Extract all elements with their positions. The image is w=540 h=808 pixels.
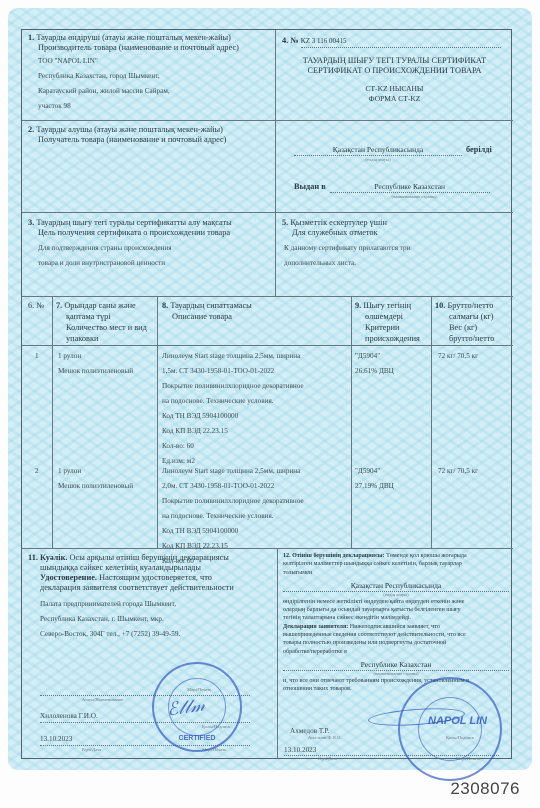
header-line: Вес (кг) [435,322,494,333]
header-weight: 10. Брутто/нетто салмағы (кг) Вес (кг) б… [435,300,494,344]
caption-country: (елдің атауы) [294,157,462,163]
declaration-ru-heading: Декларация заявителя: [283,624,348,630]
box-number: 5. [282,218,288,227]
description-line: Код ТН ВЭД 5904100000 [162,409,304,424]
certificate-title-ru: СЕРТИФИКАТ О ПРОИСХОЖДЕНИИ ТОВАРА [276,65,513,76]
service-note-line: К данному сертификату прилагаются три [284,241,410,256]
box-title-ru: Получатель товара (наименование и почтов… [38,134,226,145]
row-number: 2 [35,464,39,479]
description-line: на подоснове. Технические условия. [162,509,304,524]
col-number: 9. [355,301,361,310]
box-title-kz: Тауардың шығу тегі туралы сертификатты а… [36,218,231,227]
header-line: Шығу тегінің [363,301,411,310]
header-line: Количество мест и вид [56,322,147,333]
declaration-country-ru: Республике Казахстан [283,660,509,671]
header-line: Тауардың сипаттамасы [170,301,251,310]
issued-ru-row: Выдан в Республике Казахстан (наименован… [294,176,509,200]
chamber-line: Палата предпринимателей города Шымкент, [40,597,180,612]
producer-address: ТОО "NAPOL LIN" Республика Казахстан, го… [38,54,170,114]
number-label: 4. № [282,36,299,45]
purpose-line: Для подтверждения страны происхождения [38,241,172,256]
criteria-line: 26,61% ДВЦ [355,364,394,379]
header-line: упаковки [56,333,147,344]
box-purpose: 3. Тауардың шығу тегі туралы сертификатт… [22,213,276,297]
header-line: қаптама түрі [56,311,147,322]
criteria-line: "Д5904" [355,349,394,364]
issued-country-ru: Республике Казахстан [330,181,490,193]
col-number: 8. [162,301,168,310]
box-title-kz: Қызметтік ескертулер үшін [290,218,387,227]
header-line: происхождения [355,333,420,344]
header-line: салмағы (кг) [435,311,494,322]
col-number: 10. [435,301,445,310]
description-line: 1,5м. СТ 3430-1958-01-ТОО-01-2022 [162,364,304,379]
certification-kz-heading: Куәлік. [40,553,67,562]
header-line: Орындар саны және [64,301,135,310]
box-issued-in: Қазақстан Республикасында берілді (елдің… [276,121,513,213]
declaration-kz-text: келтірілген мәліметтер шындыққа сәйкес к… [283,560,509,568]
declaration-country-kz: Қазақстан Республикасында [283,581,509,592]
declaration-kz-text: толығымен [283,569,509,577]
caption-name: Атауы/Наименование [82,697,123,703]
declaration-kz-text: тегінің талаптарына сәйкес екендігін мәл… [283,614,509,622]
chamber-line: Северо-Восток, 304Г тел., +7 (7252) 39-4… [40,627,180,642]
box-number: 12. [283,553,291,559]
box-number: 11. [28,553,38,562]
box-producer: 1. Тауарды өндіруші (атауы және пошталық… [22,30,276,121]
description-line: Линолеум Start stage толщина 2,5мм, шири… [162,349,304,364]
box-certificate-number: 4. № KZ 3 116 00415 ТАУАРДЫҢ ШЫҒУ ТЕГІ Т… [276,30,513,121]
goods-table: 6. № 7. Орындар саны және қаптама түрі К… [22,297,513,549]
declaration-kz-text: өндірілгенін немесе жеткілікті өңдеуден/… [283,598,509,606]
header-number: 6. № [28,300,44,311]
description-line: Код КП ВЭД 22.23.15 [162,424,304,439]
box-number: 1. [28,33,34,42]
package-line: 1 рулон [58,464,133,479]
header-line: брутто/нетто [435,333,494,344]
form-ru: ФОРМА СТ-KZ [276,93,513,104]
caption-country: (наименование страны) [334,194,494,200]
purpose-line: товара и доли внутристрановой ценности [38,256,172,271]
producer-address-line: Республика Казахстан, город Шымкент, [38,69,170,84]
caption-date: Күні/Дата [82,747,101,753]
description-line: Покрытие поливинилхлоридное декоративное [162,379,304,394]
certificate-number: KZ 3 116 00415 [301,36,501,48]
box-title-kz: Тауарды алушы (атауы және пошталық мекен… [36,125,223,134]
box-title-ru: Для служебных отметок [292,227,378,238]
producer-name: ТОО "NAPOL LIN" [38,54,170,69]
certification-ru-text: декларация заявителя соответствует дейст… [40,582,234,593]
declaration-kz-heading: Өтініш берушінің декларациясы: [292,553,384,559]
declaration-kz-text: Төменде қол қоюшы жоғарыда [386,553,467,559]
box-number: 2. [28,125,34,134]
box-title-kz: Тауарды өндіруші (атауы және пошталық ме… [36,33,231,42]
row-number: 1 [35,349,39,364]
description-line: Код ТН ВЭД 5904100000 [162,524,304,539]
certification-kz-text: Осы арқылы өтініш берушінің декларациясы [70,553,229,562]
declaration-ru-text: товары полностью произведены или подверг… [283,639,509,647]
description-line: Линолеум Start stage толщина 2,5мм, шири… [162,464,304,479]
declaration-ru-text: Нижеподписавшийся заявляет, что [350,624,440,630]
header-line: Брутто/нетто [447,301,493,310]
stamp-text: CERTIFIED [154,735,240,742]
header-line: Описание товара [162,311,252,322]
producer-address-line: Каратауский район, жилой массив Сайрам, [38,84,170,99]
box-applicant-declaration: 12. Өтініш берушінің декларациясы: Төмен… [278,549,513,759]
box-consignee: 2. Тауарды алушы (атауы және пошталық ме… [22,121,276,213]
certificate-frame: 1. Тауарды өндіруші (атауы және пошталық… [21,29,512,759]
criteria-line: 27,19% ДВЦ [355,479,394,494]
box-title-ru: Производитель товара (наименование и поч… [38,42,239,53]
certification-ru-text: Настоящим удостоверяется, что [99,573,212,582]
package-line: 1 рулон [58,349,133,364]
description-line: 2,0м. СТ 3430-1958-01-ТОО-01-2022 [162,479,304,494]
package-line: Мешок полиэтиленовый [58,479,133,494]
description-line: Покрытие поливинилхлоридное декоративное [162,494,304,509]
declaration-ru-text: вышеприведенные сведения соответствуют д… [283,631,509,639]
issued-label-kz: берілді [466,145,492,154]
header-line: өлшемдері [355,311,420,322]
package-line: Мешок полиэтиленовый [58,364,133,379]
header-packages: 7. Орындар саны және қаптама түрі Количе… [56,300,147,344]
header-criteria: 9. Шығу тегінің өлшемдері Критерии проис… [355,300,420,344]
producer-address-line: участок 98 [38,99,170,114]
serial-number: 2308076 [450,779,520,799]
declaration-kz-text: олардың барлығы да осындай тауарларға қа… [283,606,509,614]
weight-value: 72 кг/ 70,5 кг [438,464,478,479]
chamber-line: Республика Казахстан, г. Шымкент, мкр. [40,612,180,627]
header-line: Критерии [355,322,420,333]
service-note-line: дополнительных листа. [284,256,410,271]
declaration-ru-text: обработке/переработке в [283,648,509,656]
header-description: 8. Тауардың сипаттамасы Описание товара [162,300,252,322]
company-seal-stamp: NAPOL LIN [398,677,502,781]
issued-label-ru: Выдан в [294,182,326,191]
description-line: на подоснове. Технические условия. [162,394,304,409]
criteria-line: "Д5904" [355,464,394,479]
description-line: Кол-во: 60 [162,439,304,454]
caption-date: Күні/Дата [318,756,337,762]
box-certification: 11. Куәлік. Осы арқылы өтініш берушінің … [22,549,278,759]
box-number: 3. [28,218,34,227]
box-service-notes: 5. Қызметтік ескертулер үшін Для служебн… [276,213,513,297]
issued-country-kz: Қазақстан Республикасында [294,144,462,156]
box-title-ru: Цель получения сертификата о происхожден… [38,227,230,238]
certification-ru-heading: Удостоверение. [40,573,97,582]
col-number: 7. [56,301,62,310]
weight-value: 72 кг/ 70,5 кг [438,349,478,364]
issued-kz-row: Қазақстан Республикасында берілді (елдің… [294,139,494,163]
caption-signer: Аты-жөні/Ф.И.О. [308,735,341,741]
